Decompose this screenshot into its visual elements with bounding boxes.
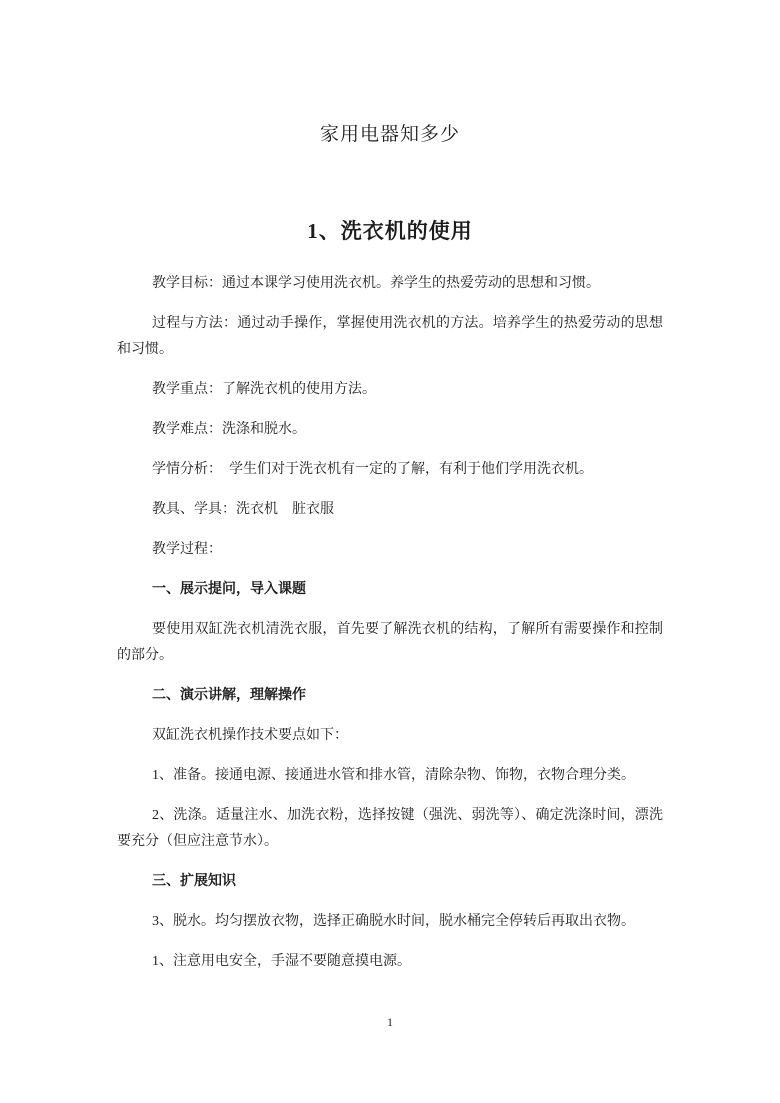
teaching-objectives-paragraph: 教学目标：通过本课学习使用洗衣机。养学生的热爱劳动的思想和习惯。	[117, 271, 663, 297]
safety-note-paragraph: 1、注意用电安全，手湿不要随意摸电源。	[117, 949, 663, 975]
process-method-paragraph: 过程与方法：通过动手操作，掌握使用洗衣机的方法。培养学生的热爱劳动的思想和习惯。	[117, 311, 663, 363]
step-3-dehydration-paragraph: 3、脱水。均匀摆放衣物，选择正确脱水时间，脱水桶完全停转后再取出衣物。	[117, 909, 663, 935]
teaching-process-label: 教学过程：	[117, 537, 663, 563]
document-title: 家用电器知多少	[117, 0, 663, 148]
lesson-title: 1、洗衣机的使用	[117, 218, 663, 245]
section-1-heading: 一、展示提问，导入课题	[117, 577, 663, 603]
section-3-heading: 三、扩展知识	[117, 869, 663, 895]
page-number: 1	[387, 1015, 393, 1029]
step-1-preparation-paragraph: 1、准备。接通电源、接通进水管和排水管，清除杂物、饰物，衣物合理分类。	[117, 763, 663, 789]
section-1-paragraph: 要使用双缸洗衣机清洗衣服，首先要了解洗衣机的结构，了解所有需要操作和控制的部分。	[117, 617, 663, 669]
document-body: 教学目标：通过本课学习使用洗衣机。养学生的热爱劳动的思想和习惯。 过程与方法：通…	[117, 271, 663, 975]
document-page: 家用电器知多少 1、洗衣机的使用 教学目标：通过本课学习使用洗衣机。养学生的热爱…	[0, 0, 780, 1103]
section-2-intro-paragraph: 双缸洗衣机操作技术要点如下：	[117, 723, 663, 749]
step-2-washing-paragraph: 2、洗涤。适量注水、加洗衣粉，选择按键（强洗、弱洗等）、确定洗涤时间，漂洗要充分…	[117, 803, 663, 855]
document-content: 家用电器知多少 1、洗衣机的使用 教学目标：通过本课学习使用洗衣机。养学生的热爱…	[0, 0, 780, 975]
teaching-difficulty-paragraph: 教学难点：洗涤和脱水。	[117, 417, 663, 443]
page-footer: 1	[0, 1014, 780, 1030]
teaching-aids-paragraph: 教具、学具：洗衣机 脏衣服	[117, 497, 663, 523]
learner-analysis-paragraph: 学情分析： 学生们对于洗衣机有一定的了解，有利于他们学用洗衣机。	[117, 457, 663, 483]
section-2-heading: 二、演示讲解，理解操作	[117, 683, 663, 709]
teaching-focus-paragraph: 教学重点：了解洗衣机的使用方法。	[117, 377, 663, 403]
